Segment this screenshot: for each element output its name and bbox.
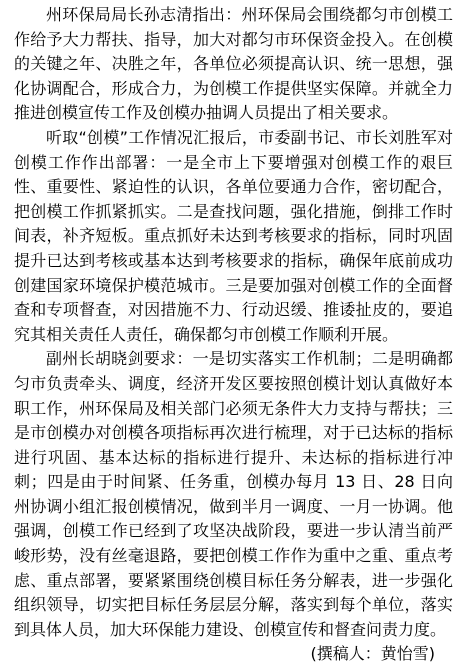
- paragraph-2: 听取“创模”工作情况汇报后，市委副书记、市长刘胜军对创模工作作出部署：一是全市上…: [14, 126, 453, 347]
- byline: (撰稿人：黄怡雪): [14, 642, 453, 667]
- document-page: 州环保局局长孙志清指出：州环保局会围绕都匀市创模工作给予大力帮扶、指导，加大对都…: [0, 0, 461, 672]
- paragraph-3: 副州长胡晓剑要求：一是切实落实工作机制；二是明确都匀市负责牵头、调度，经济开发区…: [14, 347, 453, 642]
- paragraph-1: 州环保局局长孙志清指出：州环保局会围绕都匀市创模工作给予大力帮扶、指导，加大对都…: [14, 3, 453, 126]
